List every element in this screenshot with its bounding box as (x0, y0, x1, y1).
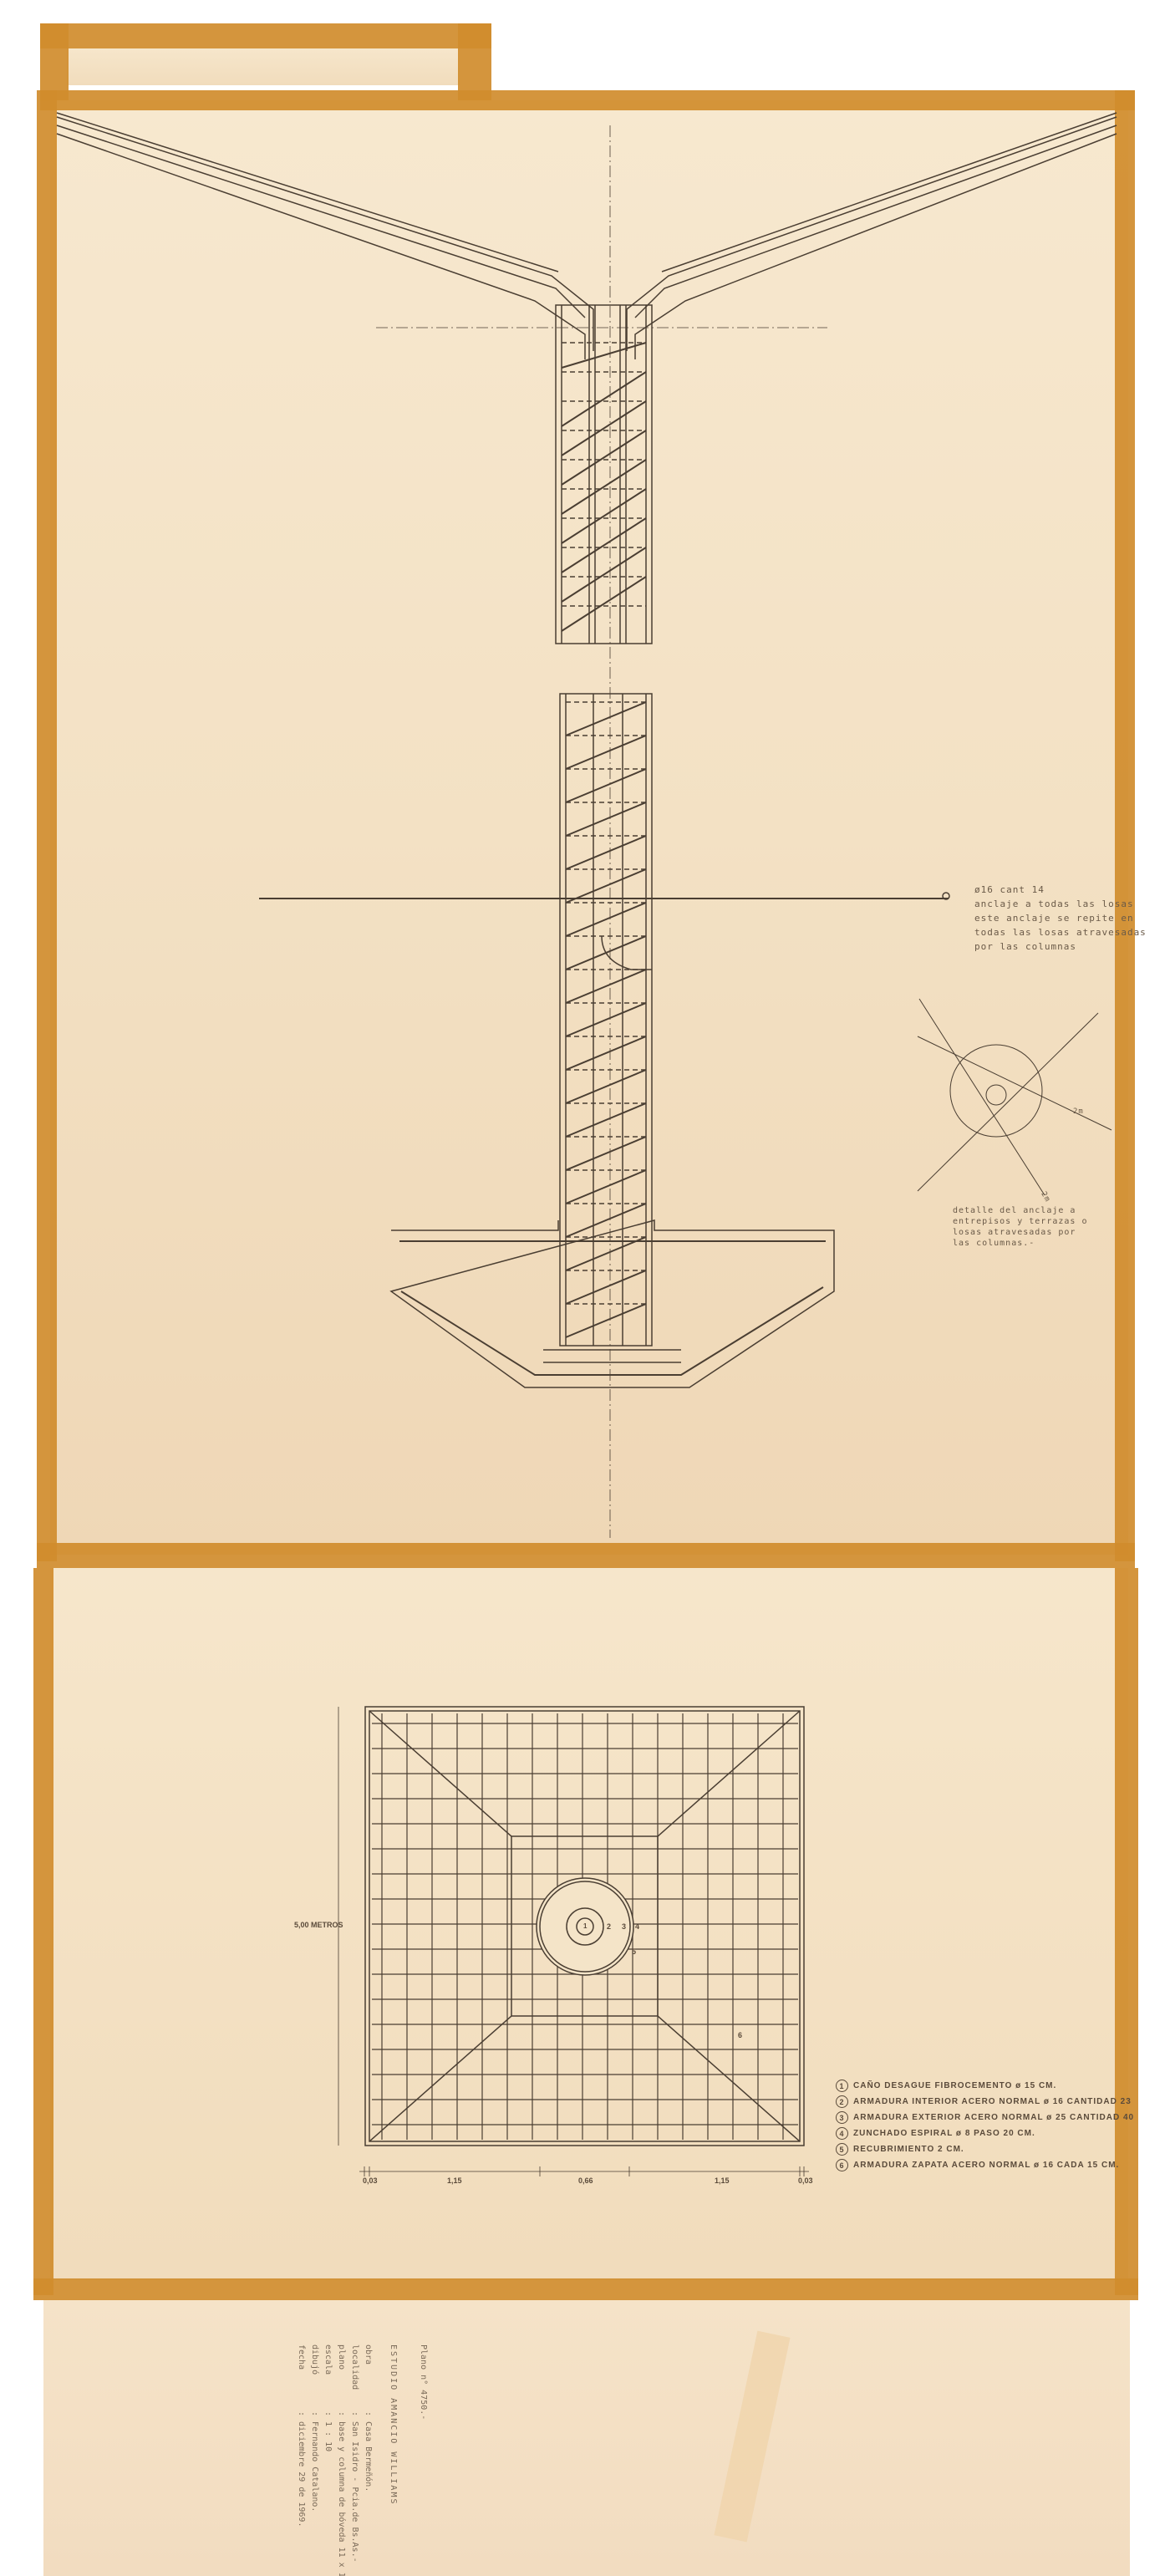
footing-label-6: 6 (738, 2031, 742, 2039)
legend-item: 3ARMADURA EXTERIOR ACERO NORMAL ø 25 CAN… (836, 2110, 1134, 2125)
title-field: localidad: San Isidro - Pcia.de Bs.As.- (346, 2344, 359, 2576)
title-field: escala: 1 : 10 (319, 2344, 333, 2576)
title-field: obra: Casa Bermeñón. (359, 2344, 373, 2576)
drain-pipe-bend (602, 936, 652, 970)
spiral-upper-dashed (562, 343, 646, 606)
anchor-detail (918, 999, 1111, 1195)
legend-item: 2ARMADURA INTERIOR ACERO NORMAL ø 16 CAN… (836, 2094, 1134, 2110)
plan-number: Plano n° 4750.- (415, 2344, 428, 2576)
ring-label-5: 5 (632, 1947, 636, 1956)
legend-item: 6ARMADURA ZAPATA ACERO NORMAL ø 16 CADA … (836, 2157, 1134, 2173)
dim-label-1: 1,15 (447, 2176, 462, 2185)
legend-item: 5RECUBRIMIENTO 2 CM. (836, 2141, 1134, 2157)
dim-label-0: 0,03 (363, 2176, 378, 2185)
overall-dimension-label: 5,00 METROS (294, 1921, 343, 1929)
title-field: plano: base y columna de bóveda 11 x 11 (333, 2344, 346, 2576)
ring-label-1: 1 (583, 1922, 587, 1930)
title-block: Plano n° 4750.- ESTUDIO AMANCIO WILLIAMS… (292, 2344, 428, 2576)
anchor-note: ø16 cant 14 anclaje a todas las losas es… (974, 883, 1147, 954)
slab-left (57, 113, 593, 359)
spiral-lower-dashed (566, 702, 646, 1304)
drawing-linework (0, 0, 1170, 2576)
ring-label-3: 3 (622, 1922, 626, 1931)
dim-label-3: 1,15 (715, 2176, 730, 2185)
ring-label-4: 4 (635, 1922, 639, 1931)
ring-label-2: 2 (607, 1922, 611, 1931)
dim-label-4: 0,03 (798, 2176, 813, 2185)
dim-label-2: 0,66 (578, 2176, 593, 2185)
legend-item: 1CAÑO DESAGUE FIBROCEMENTO ø 15 CM. (836, 2078, 1134, 2094)
title-field: dibujó: Fernando Catalano. (306, 2344, 319, 2576)
legend-item: 4ZUNCHADO ESPIRAL ø 8 PASO 20 CM. (836, 2125, 1134, 2141)
slab-right (627, 113, 1117, 359)
studio-name: ESTUDIO AMANCIO WILLIAMS (384, 2344, 398, 2576)
spiral-upper (562, 343, 646, 631)
reinforcement-legend: 1CAÑO DESAGUE FIBROCEMENTO ø 15 CM. 2ARM… (836, 2078, 1134, 2173)
detail-note: detalle del anclaje a entrepisos y terra… (953, 1205, 1087, 1249)
title-field: fecha: diciembre 29 de 1969. (292, 2344, 306, 2576)
detail-bar-label-1: 2m (1073, 1105, 1084, 1119)
